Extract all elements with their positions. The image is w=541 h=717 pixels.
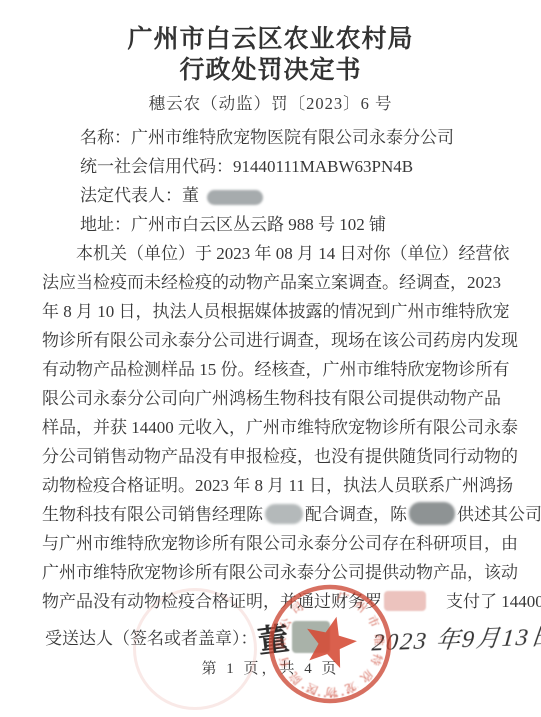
document-line: 动物检疫合格证明。2023 年 8 月 11 日，执法人员联系广州鸿扬 (42, 471, 505, 500)
document-line: 广州市维特欣宠物诊所有限公司永泰分公司提供动物产品，该动 (42, 558, 505, 587)
text-run: 物诊所有限公司永泰分公司进行调查，现场在该公司药房内发现 (42, 331, 518, 350)
party-info-fields: 名称：广州市维特欣宠物医院有限公司永泰分公司统一社会信用代码：91440111M… (80, 123, 541, 239)
text-run: 与广州市维特欣宠物诊所有限公司永泰分公司存在科研项目，由 (42, 534, 518, 553)
handwritten-signature: 董 (255, 620, 290, 661)
text-run: 法定代表人：董 (80, 186, 199, 205)
document-line: 法定代表人：董 (80, 181, 541, 210)
seal-bottom-marks (302, 687, 358, 697)
text-run: 本机关（单位）于 2023 年 08 月 14 日对你（单位）经营依 (76, 244, 510, 263)
title-line-1: 广州市白云区农业农村局 (0, 24, 541, 55)
handwritten-date: 2023 年9月13日 (370, 618, 541, 663)
document-line: 统一社会信用代码：91440111MABW63PN4B (80, 152, 541, 181)
case-body-paragraph: 本机关（单位）于 2023 年 08 月 14 日对你（单位）经营依法应当检疫而… (42, 239, 505, 616)
document-page: 广州市白云区农业农村局 行政处罚决定书 穗云农（动监）罚〔2023〕6 号 名称… (0, 0, 541, 717)
text-run: 支付了 14400 (446, 592, 541, 611)
document-title: 广州市白云区农业农村局 行政处罚决定书 (0, 0, 541, 86)
redacted-text (384, 591, 426, 611)
document-line: 分公司销售动物产品没有申报检疫，也没有提供随货同行动物的 (42, 442, 505, 471)
document-number: 穗云农（动监）罚〔2023〕6 号 (0, 93, 541, 115)
text-run: 有动物产品检测样品 15 份。经核查，广州市维特欣宠物诊所有 (42, 360, 510, 379)
text-run: 地址：广州市白云区丛云路 988 号 102 铺 (80, 215, 386, 234)
text-run: 生物科技有限公司销售经理陈 (42, 505, 263, 524)
document-line: 年 8 月 10 日，执法人员根据媒体披露的情况到广州市维特欣宠 (42, 297, 505, 326)
text-run: 配合调查，陈 (305, 505, 407, 524)
text-run: 样品，并获 14400 元收入，广州市维特欣宠物诊所有限公司永泰 (42, 418, 518, 437)
document-line: 法应当检疫而未经检疫的动物产品案立案调查。经调查，2023 (42, 268, 505, 297)
delivery-line: 受送达人（签名或者盖章）：董2023 年9月13日 (45, 620, 541, 658)
document-line: 与广州市维特欣宠物诊所有限公司永泰分公司存在科研项目，由 (42, 529, 505, 558)
redacted-text (207, 190, 263, 205)
document-line: 物诊所有限公司永泰分公司进行调查，现场在该公司药房内发现 (42, 326, 505, 355)
document-line: 地址：广州市白云区丛云路 988 号 102 铺 (80, 210, 541, 239)
text-run: 分公司销售动物产品没有申报检疫，也没有提供随货同行动物的 (42, 447, 518, 466)
text-run: 动物检疫合格证明。2023 年 8 月 11 日，执法人员联系广州鸿扬 (42, 476, 513, 495)
text-run: 广州市维特欣宠物诊所有限公司永泰分公司提供动物产品，该动 (42, 563, 518, 582)
redacted-text (409, 502, 455, 525)
text-run: 统一社会信用代码：91440111MABW63PN4B (80, 157, 413, 176)
document-line: 限公司永泰分公司向广州鸿杨生物科技有限公司提供动物产品 (42, 384, 505, 413)
document-line: 生物科技有限公司销售经理陈配合调查，陈供述其公司 (42, 500, 505, 529)
text-run: 名称：广州市维特欣宠物医院有限公司永泰分公司 (80, 128, 454, 147)
title-line-2: 行政处罚决定书 (0, 55, 541, 86)
page-footer: 第 1 页，共 4 页 (0, 658, 541, 680)
text-run: 物产品没有动物检疫合格证明，并通过财务罗 (42, 592, 382, 611)
document-line: 有动物产品检测样品 15 份。经核查，广州市维特欣宠物诊所有 (42, 355, 505, 384)
document-line: 样品，并获 14400 元收入，广州市维特欣宠物诊所有限公司永泰 (42, 413, 505, 442)
delivery-label: 受送达人（签名或者盖章）： (45, 629, 258, 648)
text-run: 限公司永泰分公司向广州鸿杨生物科技有限公司提供动物产品 (42, 389, 501, 408)
document-line: 名称：广州市维特欣宠物医院有限公司永泰分公司 (80, 123, 541, 152)
text-run: 法应当检疫而未经检疫的动物产品案立案调查。经调查，2023 (42, 273, 501, 292)
redacted-text (265, 504, 303, 524)
document-line: 本机关（单位）于 2023 年 08 月 14 日对你（单位）经营依 (42, 239, 505, 268)
text-run: 供述其公司 (457, 505, 541, 524)
redacted-signature (292, 621, 330, 653)
text-run: 年 8 月 10 日，执法人员根据媒体披露的情况到广州市维特欣宠 (42, 302, 510, 321)
document-line: 物产品没有动物检疫合格证明，并通过财务罗支付了 14400 (42, 587, 505, 616)
